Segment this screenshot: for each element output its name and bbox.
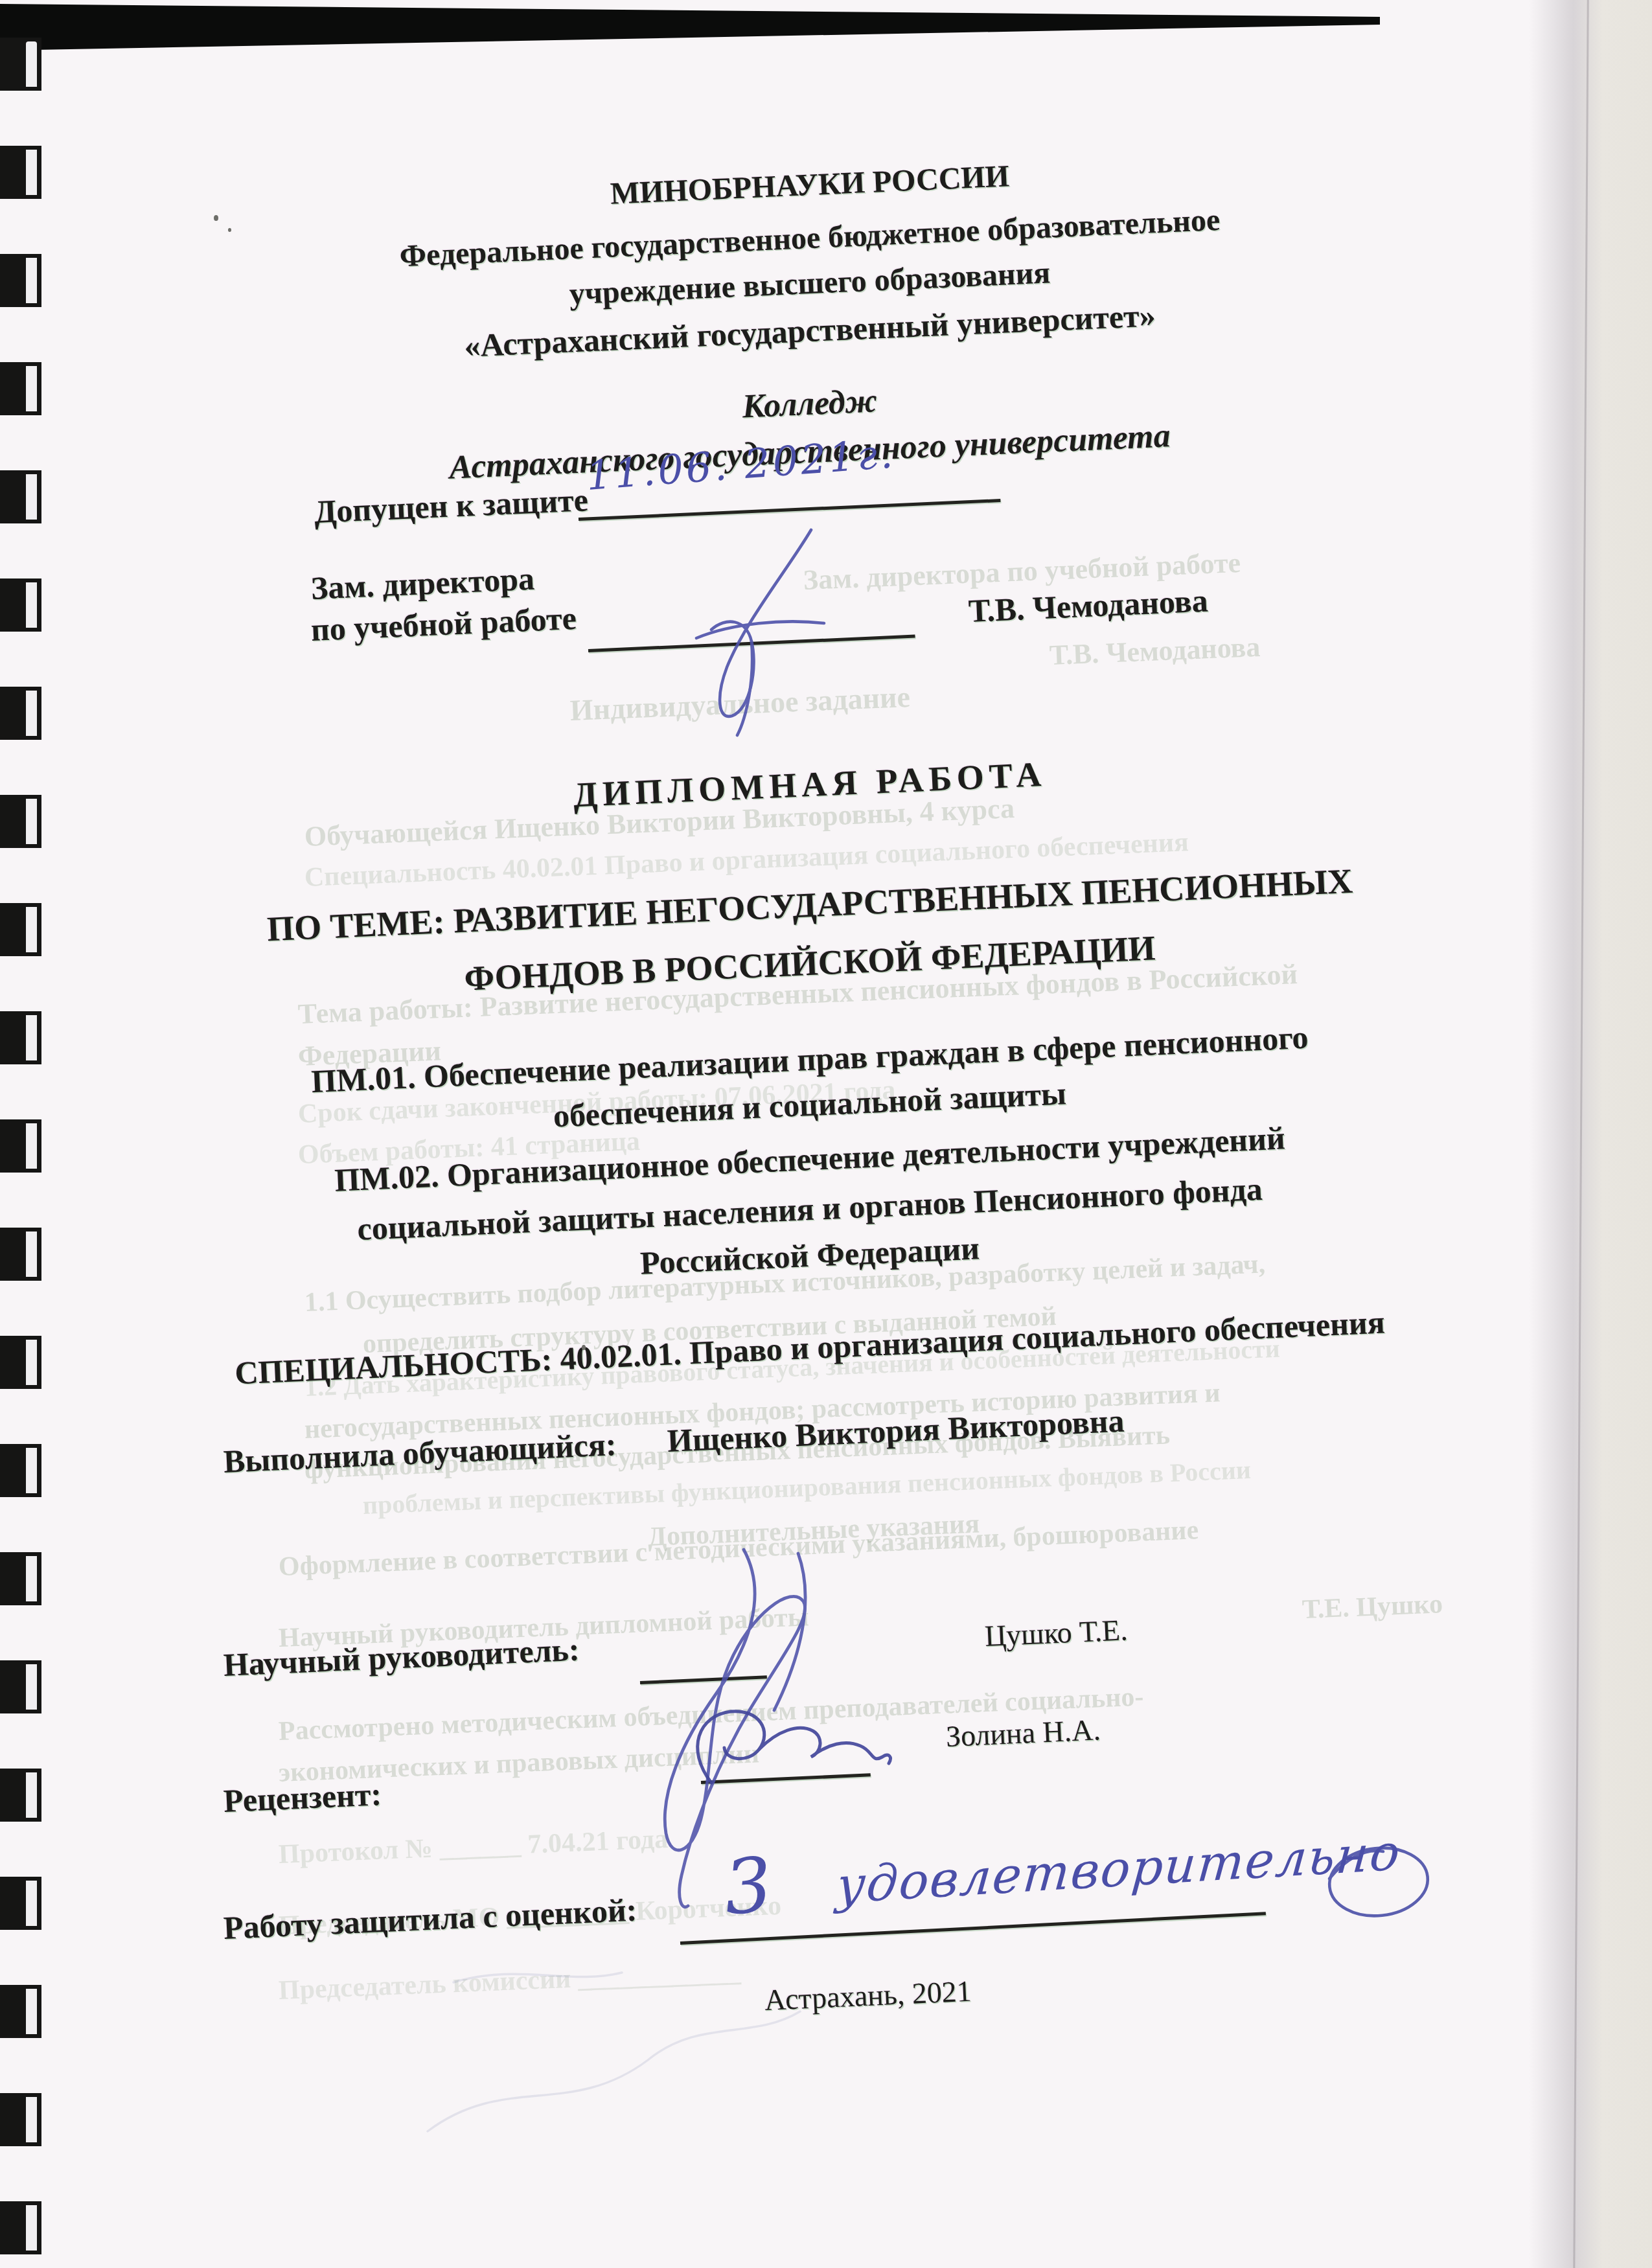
bleed-line: Председатель комиссии ____________: [278, 1957, 741, 2006]
director-line-1: Зам. директора: [310, 560, 535, 608]
bleed-line: Протокол № ______ 7.04.21 года: [278, 1824, 669, 1870]
scanned-title-page: Зам. директора по учебной работе Т.В. Че…: [0, 0, 1652, 2268]
admission-underline: [579, 499, 1001, 521]
binding-comb-highlight: [26, 41, 37, 2268]
approver-name: Т.В. Чемоданова: [968, 582, 1209, 630]
city-year: Астрахань, 2021: [764, 1975, 972, 2018]
scanner-top-strip: [0, 0, 1380, 65]
bleed-line: Индивидуальное задание: [569, 681, 911, 727]
approver-underline: [588, 635, 915, 652]
grade-number-handwritten: 3: [720, 1841, 775, 1932]
defense-label: Работу защитила с оценкой:: [223, 1892, 638, 1947]
grade-word-handwritten: удовлетворительно: [834, 1823, 1403, 1914]
scan-speck: [228, 228, 231, 232]
bleed-line: Т.В. Чемоданова: [1049, 632, 1261, 671]
reviewer-label: Рецензент:: [223, 1776, 383, 1820]
scan-speck: [214, 215, 218, 221]
scan-speck: [582, 1345, 586, 1350]
bleed-line: Т.Е. Цушко: [1302, 1589, 1443, 1625]
reviewer-underline: [701, 1773, 871, 1784]
director-line-2: по учебной работе: [310, 600, 577, 649]
supervisor-name: Цушко Т.Е.: [984, 1613, 1129, 1654]
supervisor-label: Научный руководитель:: [223, 1631, 580, 1684]
supervisor-underline: [640, 1675, 767, 1684]
reviewer-name: Золина Н.А.: [945, 1713, 1101, 1754]
page-right-edge: [1529, 0, 1652, 2268]
